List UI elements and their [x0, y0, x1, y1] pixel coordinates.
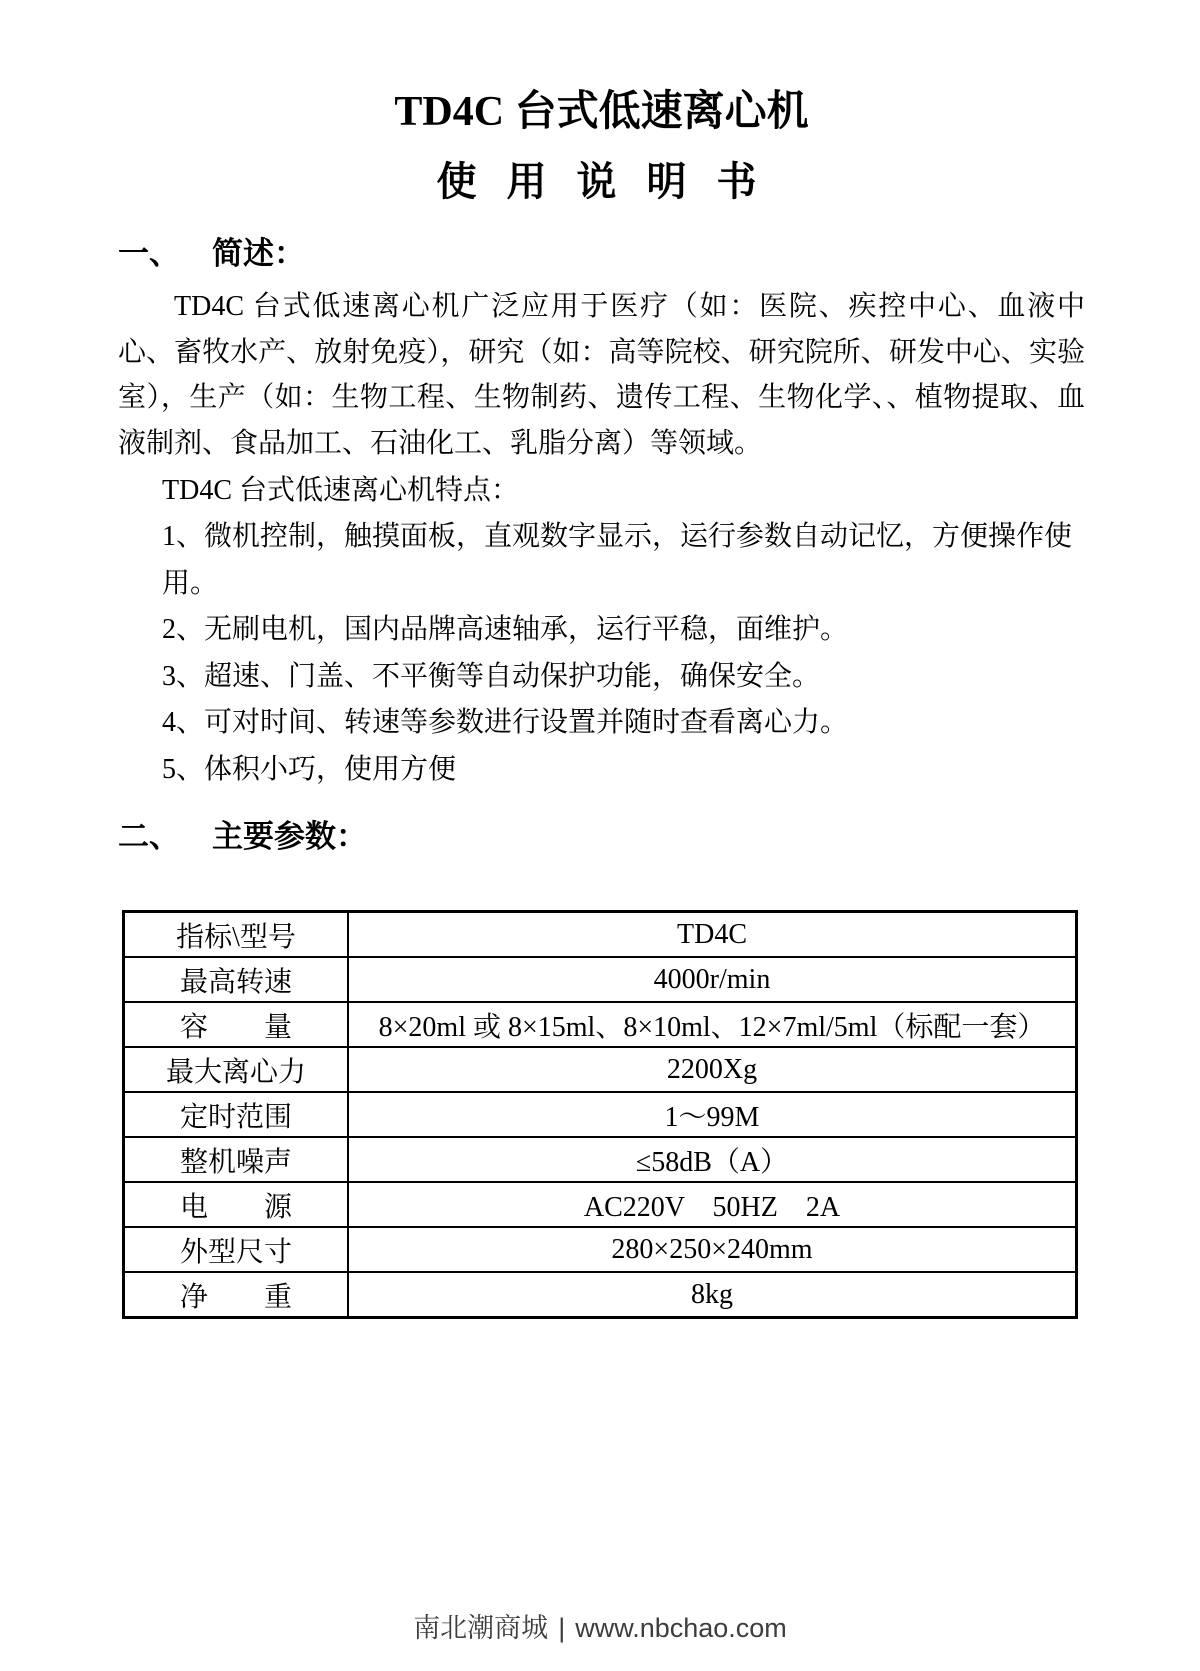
spec-value-cell: 2200Xg: [348, 1047, 1077, 1092]
footer-watermark: 南北潮商城|www.nbchao.com: [0, 1606, 1200, 1645]
spec-label-cell: 指标\型号: [124, 912, 349, 958]
table-row: 定时范围 1～99M: [124, 1092, 1077, 1137]
section-1-title: 简述：: [212, 234, 305, 274]
features-intro: TD4C 台式低速离心机特点：: [162, 468, 1085, 514]
table-row: 净 重 8kg: [124, 1272, 1077, 1318]
table-row: 电 源 AC220V 50HZ 2A: [124, 1182, 1077, 1227]
spec-label-cell: 整机噪声: [124, 1137, 349, 1182]
section-1-number: 一、: [118, 234, 212, 274]
spec-value-cell: TD4C: [348, 912, 1077, 958]
spec-label-cell: 外型尺寸: [124, 1227, 349, 1272]
spec-label-cell: 定时范围: [124, 1092, 349, 1137]
table-row: 指标\型号 TD4C: [124, 912, 1077, 958]
document-subtitle: 使 用 说 明 书: [118, 156, 1085, 208]
spec-value-cell: 280×250×240mm: [348, 1227, 1077, 1272]
spec-label-cell: 净 重: [124, 1272, 349, 1318]
spec-label-cell: 最高转速: [124, 957, 349, 1002]
document-title: TD4C 台式低速离心机: [118, 86, 1085, 138]
page-content: TD4C 台式低速离心机 使 用 说 明 书 一、 简述： TD4C 台式低速离…: [0, 0, 1200, 1319]
spec-value-cell: ≤58dB（A）: [348, 1137, 1077, 1182]
footer-separator: |: [548, 1613, 575, 1643]
feature-item-1: 1、微机控制，触摸面板，直观数字显示，运行参数自动记忆，方便操作使用。: [162, 514, 1085, 607]
footer-site-name: 南北潮商城: [413, 1613, 548, 1643]
feature-list: 1、微机控制，触摸面板，直观数字显示，运行参数自动记忆，方便操作使用。 2、无刷…: [118, 514, 1085, 793]
spec-value-cell: 8kg: [348, 1272, 1077, 1318]
spec-label-cell: 最大离心力: [124, 1047, 349, 1092]
spec-value-cell: 4000r/min: [348, 957, 1077, 1002]
feature-item-3: 3、超速、门盖、不平衡等自动保护功能，确保安全。: [162, 654, 1085, 701]
feature-item-2: 2、无刷电机，国内品牌高速轴承，运行平稳，面维护。: [162, 607, 1085, 654]
section-2-heading: 二、 主要参数：: [118, 817, 1085, 857]
table-row: 整机噪声 ≤58dB（A）: [124, 1137, 1077, 1182]
manual-page: TD4C 台式低速离心机 使 用 说 明 书 一、 简述： TD4C 台式低速离…: [0, 0, 1200, 1671]
section-2-number: 二、: [118, 817, 212, 857]
table-row: 最大离心力 2200Xg: [124, 1047, 1077, 1092]
section-2-title: 主要参数：: [212, 817, 367, 857]
intro-paragraph: TD4C 台式低速离心机广泛应用于医疗（如：医院、疾控中心、血液中心、畜牧水产、…: [118, 284, 1085, 466]
spec-label-cell: 容 量: [124, 1002, 349, 1047]
spec-label-cell: 电 源: [124, 1182, 349, 1227]
table-row: 容 量 8×20ml 或 8×15ml、8×10ml、12×7ml/5ml（标配…: [124, 1002, 1077, 1047]
table-row: 外型尺寸 280×250×240mm: [124, 1227, 1077, 1272]
spec-value-cell: AC220V 50HZ 2A: [348, 1182, 1077, 1227]
table-row: 最高转速 4000r/min: [124, 957, 1077, 1002]
feature-item-4: 4、可对时间、转速等参数进行设置并随时查看离心力。: [162, 700, 1085, 747]
feature-item-5: 5、体积小巧，使用方便: [162, 747, 1085, 794]
spec-value-cell: 8×20ml 或 8×15ml、8×10ml、12×7ml/5ml（标配一套）: [348, 1002, 1077, 1047]
section-1-heading: 一、 简述：: [118, 234, 1085, 274]
spec-value-cell: 1～99M: [348, 1092, 1077, 1137]
specifications-table: 指标\型号 TD4C 最高转速 4000r/min 容 量 8×20ml 或 8…: [122, 910, 1078, 1319]
footer-url: www.nbchao.com: [575, 1613, 787, 1643]
